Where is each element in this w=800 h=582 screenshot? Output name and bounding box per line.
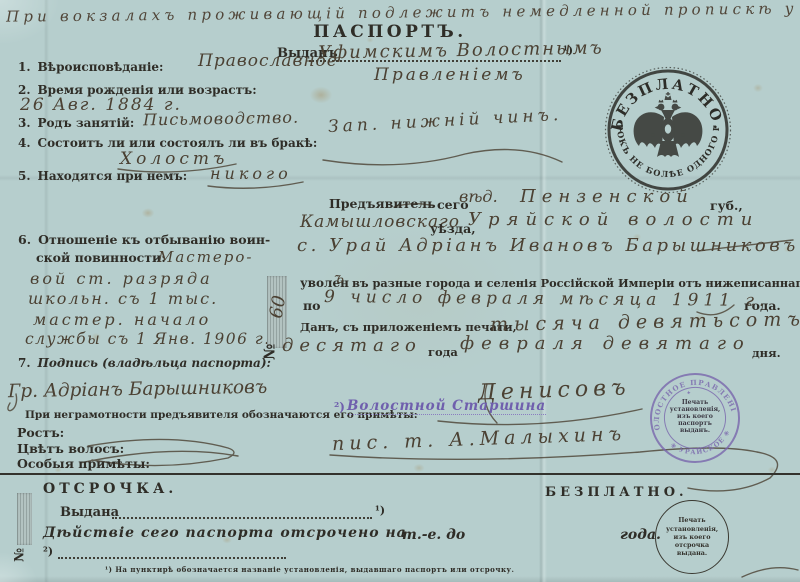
item6-value-line2: вой ст. разряда xyxy=(30,271,213,287)
deferral-seal-line5: выдана. xyxy=(656,549,728,557)
item6-number: 6. xyxy=(18,232,31,247)
bearer-label: Предъявитель xyxy=(329,197,436,210)
item3-value-handwritten: Письмоводство. xyxy=(143,110,299,129)
deferral-seal-line3: изъ коего xyxy=(656,533,728,541)
item4-number: 4. xyxy=(18,136,31,150)
item3-number: 3. xyxy=(18,116,31,130)
passport-seal-text-line5: выданъ. xyxy=(680,427,710,434)
bearer-name-handwritten: с. Урай Адріанъ Ивановъ Барышниковъ xyxy=(297,237,799,255)
purple-seal-ornament-icon: ✦ xyxy=(686,389,693,397)
volost-administration-purple-seal: ВОЛОСТНОЕ ПРАВЛЕНІЕ ✳ УРАЙСКОЕ ✳ ✦ Печат… xyxy=(645,368,745,468)
item6-label-line2: ской повинности: xyxy=(36,251,166,264)
deferral-te-do-label: т.-е. до xyxy=(402,528,465,543)
height-label: Ростъ: xyxy=(17,426,64,439)
item7-number: 7. xyxy=(18,356,31,370)
valid-until-label: по xyxy=(303,299,321,312)
given-year-handwritten-2: десятаго xyxy=(282,337,422,355)
deferral-issued-label: Выдана xyxy=(60,506,119,520)
passport-document: При вокзалахъ проживающій подлежитъ неме… xyxy=(0,0,800,582)
item1-value-handwritten: Православное xyxy=(198,53,338,70)
passport-seal-text-line2: установленія, xyxy=(670,406,720,413)
issued-footnote-mark: ¹) xyxy=(563,45,573,57)
deferral-dotted-line-2 xyxy=(58,557,286,559)
deferral-seal-line2: установленія, xyxy=(656,525,728,533)
double-headed-eagle-icon xyxy=(634,92,703,157)
elder-signature-handwritten: Денисовъ xyxy=(478,377,631,404)
item4-label: 4.Состоитъ ли или состоялъ ли въ бракѣ: xyxy=(18,137,317,150)
bearer-hw-prefix: вѣд. xyxy=(459,189,498,205)
free-of-charge-heading: БЕЗПЛАТНО. xyxy=(545,486,688,500)
footer-footnote: ¹) На пунктирѣ обозначается названіе уст… xyxy=(105,566,514,573)
passport-seal-text-line4: паспортъ xyxy=(678,420,712,427)
free-stamp-eagle-seal: БЕЗПЛАТНО. НА СРОКЪ НЕ БОЛѢЕ ОДНОГО ГОДА… xyxy=(603,65,733,195)
bearer-volost-handwritten: Уряйской волости xyxy=(468,211,759,229)
deferral-numero-sign: № xyxy=(13,548,27,562)
issued-value2-handwritten: Правленіемъ xyxy=(374,67,526,84)
item5-value-handwritten: никого xyxy=(210,166,292,182)
given-day-handwritten: февраля девятаго xyxy=(460,335,751,353)
deferral-heading: ОТСРОЧКА. xyxy=(43,482,177,497)
hair-color-label: Цвѣтъ волосъ: xyxy=(17,442,124,455)
deferral-seal-line1: Печать xyxy=(656,516,728,524)
item6-value-line1: Мастеро- xyxy=(158,250,254,265)
elder-stamp-footnote: ²) xyxy=(334,400,345,414)
item6-label-line1: 6.Отношеніе къ отбыванію воин- xyxy=(18,233,270,246)
reserve-rank-handwritten-note: Зап. нижній чинъ. xyxy=(328,107,563,136)
item7-label: 7.Подпись (владѣльца паспорта): xyxy=(18,357,271,370)
item6-value-line3: школьн. съ 1 тыс. xyxy=(28,291,218,307)
year-label: года xyxy=(428,346,458,358)
number-value-handwritten: 60 xyxy=(268,294,290,320)
deferral-number-strip xyxy=(17,493,32,545)
deferral-seal-line4: отсрочка xyxy=(656,541,728,549)
deferral-validity-label: Дѣйствіе сего паспорта отсрочено на xyxy=(43,526,407,541)
item6-value-line4: мастер. начало xyxy=(33,312,211,328)
issued-value-handwritten: Уфимскимъ Волостнымъ xyxy=(318,40,604,63)
day-label: дня. xyxy=(752,347,781,359)
deferral-seal-placeholder-circle: Печать установленія, изъ коего отсрочка … xyxy=(655,500,729,574)
clerk-signature-handwritten: пис. т. А.Малыхинъ xyxy=(332,425,627,454)
item1-label: 1.Вѣроисповѣданіе: xyxy=(18,61,163,74)
deferral-dotted-line-1 xyxy=(112,517,372,519)
special-marks-label: Особыя примѣты: xyxy=(17,457,150,470)
given-with-seal-label: Данъ, съ приложеніемъ печати, xyxy=(300,321,517,333)
given-year-handwritten-1: тысяча девятьсотъ xyxy=(490,310,800,335)
passport-seal-text-line3: изъ коего xyxy=(677,413,713,420)
item6-value-line5: службы съ 1 Янв. 1906 г. xyxy=(25,332,271,348)
item1-number: 1. xyxy=(18,60,31,74)
item5-label: 5.Находятся при немъ: xyxy=(18,170,187,183)
item3-label: 3.Родъ занятій: xyxy=(18,117,134,130)
deferral-footnote-1: ¹) xyxy=(375,505,385,517)
released-hw-ending: ъ xyxy=(334,271,344,286)
section-divider-rule xyxy=(0,473,800,475)
passport-seal-text-line1: Печать xyxy=(682,399,708,406)
deferral-footnote-2: ²) xyxy=(43,546,53,558)
valid-until-handwritten: 9 число февраля мѣсяца 1911 г. xyxy=(324,289,770,310)
owner-signature-handwritten: Гр. Адріанъ Барышниковъ xyxy=(8,379,268,402)
item5-number: 5. xyxy=(18,169,31,183)
